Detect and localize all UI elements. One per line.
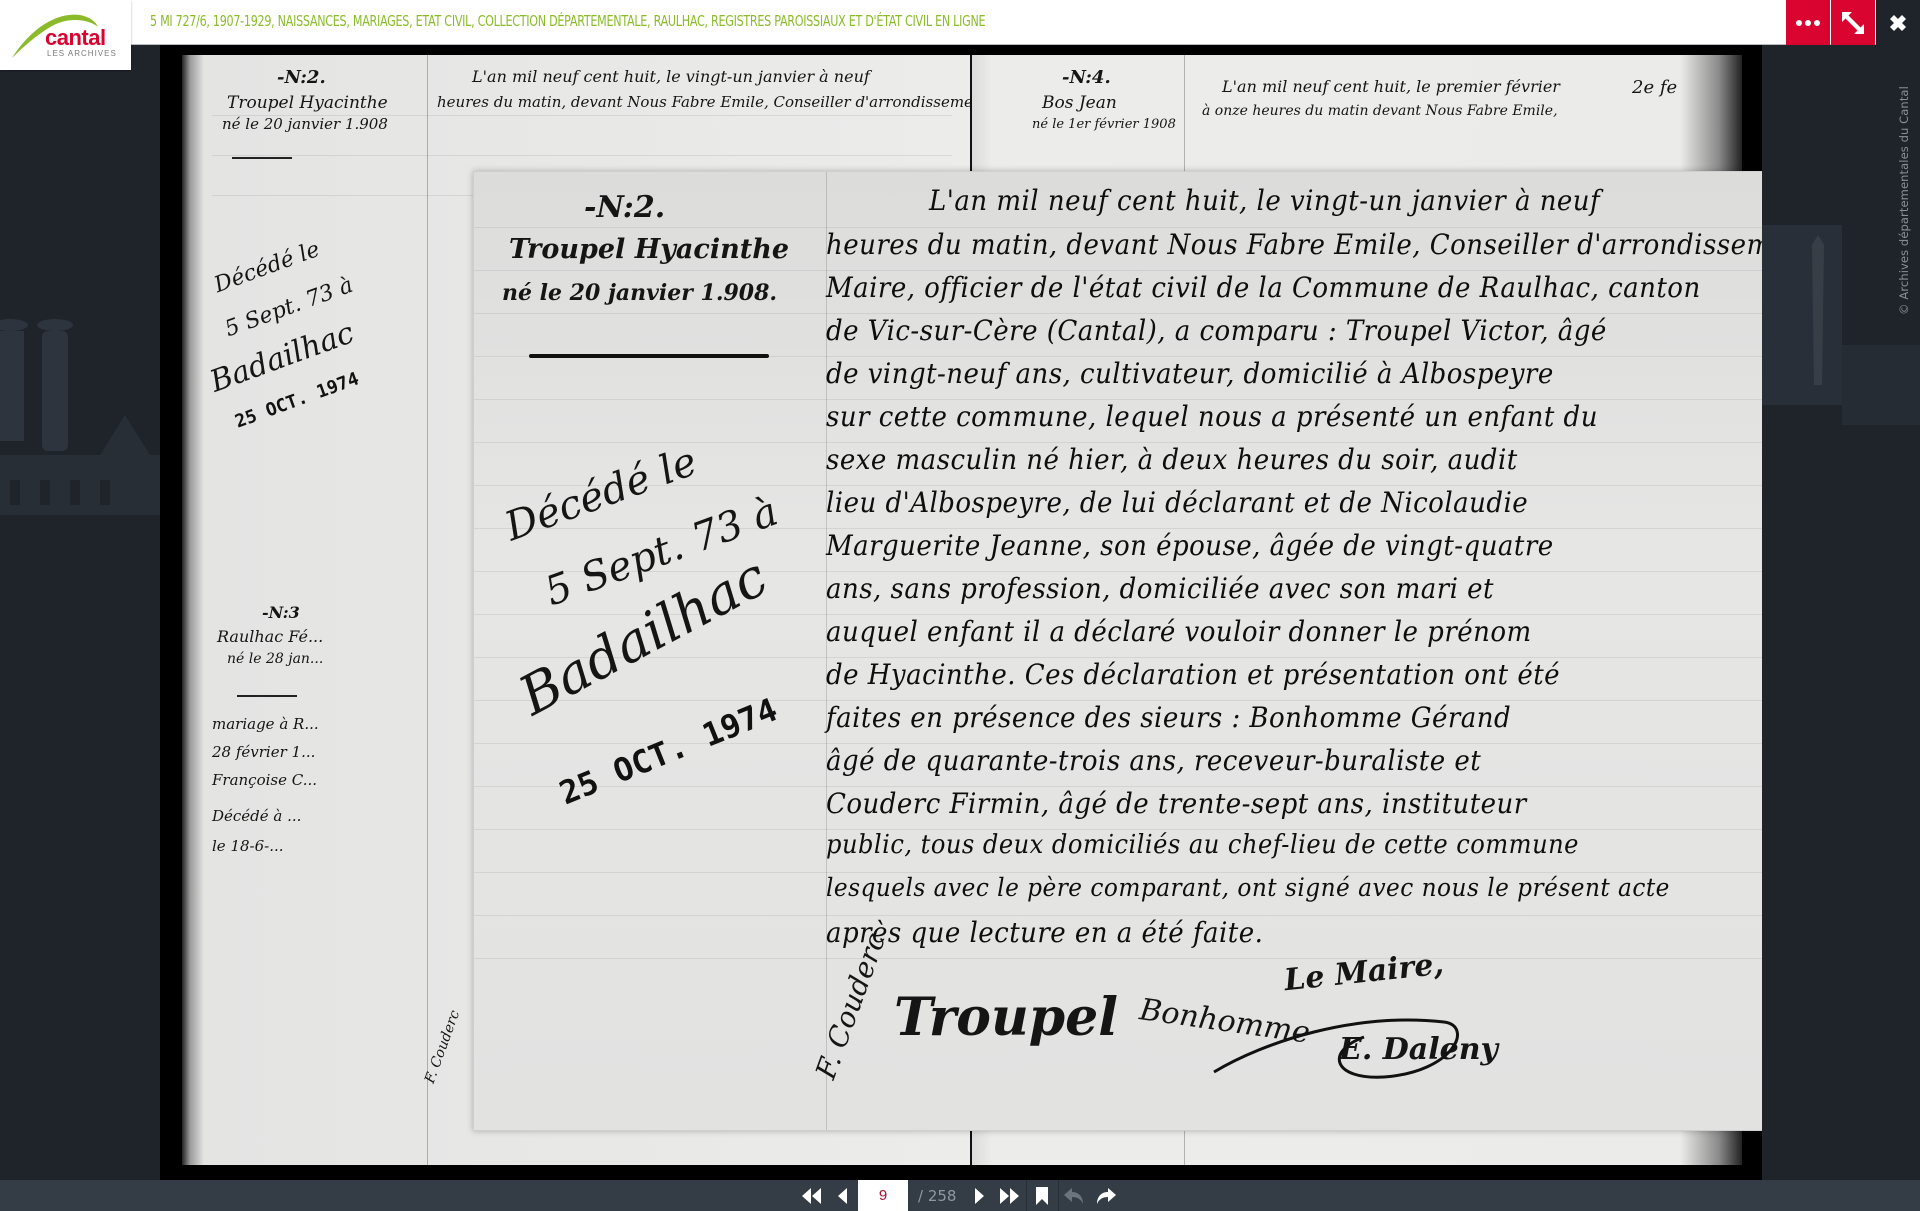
- magnified-text-line: Couderc Firmin, âgé de trente-sept ans, …: [826, 787, 1527, 820]
- left-entry2-note-3: Françoise C...: [212, 771, 317, 789]
- first-page-button[interactable]: [798, 1180, 824, 1211]
- magnified-entry-birth: né le 20 janvier 1.908.: [502, 280, 777, 306]
- magnified-text-line: de Vic-sur-Cère (Cantal), a comparu : Tr…: [826, 314, 1607, 347]
- left-entry2-note-4: Décédé à ...: [212, 807, 301, 825]
- left-entry2-name: Raulhac Fé...: [217, 627, 323, 646]
- magnified-text-line: de Hyacinthe. Ces déclaration et présent…: [826, 658, 1560, 691]
- right-entry-birth: né le 1er février 1908: [1032, 117, 1176, 132]
- magnified-text-line: L'an mil neuf cent huit, le vingt-un jan…: [929, 184, 1600, 217]
- undo-button[interactable]: [1062, 1180, 1086, 1211]
- magnified-text-line: ans, sans profession, domiciliée avec so…: [826, 572, 1494, 605]
- magnified-text-line: âgé de quarante-trois ans, receveur-bura…: [826, 744, 1481, 777]
- magnifier-lens[interactable]: -N:2. Troupel Hyacinthe né le 20 janvier…: [473, 171, 1762, 1131]
- redo-button[interactable]: [1094, 1180, 1118, 1211]
- magnified-text-line: après que lecture en a été faite.: [826, 916, 1263, 949]
- left-entry2-note-5: le 18-6-...: [212, 837, 284, 855]
- document-viewer-canvas[interactable]: -N:2. Troupel Hyacinthe né le 20 janvier…: [160, 45, 1762, 1180]
- right-entry-name: Bos Jean: [1042, 93, 1117, 113]
- cantal-archives-logo[interactable]: cantal LES ARCHIVES: [0, 0, 131, 70]
- magnified-entry-number: -N:2.: [584, 190, 665, 225]
- left-entry-name: Troupel Hyacinthe: [227, 93, 388, 113]
- magnified-signature-couderc: F. Couderc: [809, 928, 892, 1083]
- ellipsis-icon: [1796, 20, 1820, 26]
- logo-brand-text: cantal: [45, 27, 106, 49]
- fullscreen-button[interactable]: [1831, 0, 1875, 45]
- archive-viewer: 5 MI 727/6, 1907-1929, NAISSANCES, MARIA…: [0, 0, 1920, 1211]
- magnified-text-line: lesquels avec le père comparant, ont sig…: [826, 873, 1670, 902]
- left-entry-birth: né le 20 janvier 1.908: [222, 115, 388, 133]
- double-chevron-left-icon: [800, 1187, 822, 1205]
- magnified-signature-troupel: Troupel: [894, 987, 1118, 1048]
- magnified-text-line: de vingt-neuf ans, cultivateur, domicili…: [826, 357, 1554, 390]
- chevron-left-icon: [836, 1187, 848, 1205]
- close-icon: [1886, 11, 1910, 35]
- magnified-text-line: auquel enfant il a déclaré vouloir donne…: [826, 615, 1532, 648]
- magnified-entry-underline: [529, 354, 769, 358]
- chevron-right-icon: [974, 1187, 986, 1205]
- magnified-text-line: Marguerite Jeanne, son épouse, âgée de v…: [826, 529, 1554, 562]
- right-header-line-2: à onze heures du matin devant Nous Fabre…: [1202, 103, 1558, 119]
- left-entry-number: -N:2.: [277, 67, 326, 88]
- magnified-text-line: sexe masculin né hier, à deux heures du …: [826, 443, 1518, 476]
- left-signature-couderc: F. Couderc: [422, 1008, 463, 1085]
- double-chevron-right-icon: [999, 1187, 1021, 1205]
- redo-arrow-icon: [1095, 1187, 1117, 1205]
- left-header-line-1: L'an mil neuf cent huit, le vingt-un jan…: [472, 67, 870, 86]
- magnified-text-line: faites en présence des sieurs : Bonhomme…: [826, 701, 1511, 734]
- previous-page-button[interactable]: [832, 1180, 852, 1211]
- magnified-text-line: heures du matin, devant Nous Fabre Emile…: [826, 228, 1762, 261]
- left-entry2-note-2: 28 février 1...: [212, 743, 315, 761]
- page-total-label: / 258: [918, 1187, 956, 1205]
- bookmark-button[interactable]: [1032, 1180, 1052, 1211]
- undo-arrow-icon: [1063, 1187, 1085, 1205]
- magnified-le-maire-label: Le Maire,: [1283, 947, 1446, 999]
- left-entry2-birth: né le 28 jan...: [227, 651, 323, 667]
- bookmark-icon: [1036, 1187, 1048, 1205]
- header-bar: 5 MI 727/6, 1907-1929, NAISSANCES, MARIA…: [0, 0, 1920, 45]
- expand-arrows-icon: [1839, 9, 1867, 37]
- magnified-date-stamp: 25 OCT. 1974: [554, 690, 783, 812]
- left-entry2-note-1: mariage à R...: [212, 715, 319, 733]
- left-decoration-panel: [0, 45, 160, 1180]
- magnified-text-line: Maire, officier de l'état civil de la Co…: [826, 271, 1701, 304]
- right-entry-number: -N:4.: [1062, 67, 1111, 88]
- close-button[interactable]: [1876, 0, 1920, 45]
- copyright-notice: © Archives départementales du Cantal: [1897, 86, 1911, 315]
- historic-figures-illustration: [0, 305, 160, 605]
- page-number-input[interactable]: [858, 1180, 908, 1211]
- left-header-line-2: heures du matin, devant Nous Fabre Emile…: [437, 93, 993, 111]
- navigation-toolbar: / 258: [0, 1180, 1920, 1211]
- right-corner-note: 2e fe: [1632, 77, 1677, 98]
- right-header-line-1: L'an mil neuf cent huit, le premier févr…: [1222, 77, 1560, 96]
- magnified-text-line: lieu d'Albospeyre, de lui déclarant et d…: [826, 486, 1528, 519]
- document-title: 5 MI 727/6, 1907-1929, NAISSANCES, MARIA…: [150, 12, 985, 30]
- left-entry2-number: -N:3: [262, 603, 300, 622]
- last-page-button[interactable]: [997, 1180, 1023, 1211]
- magnified-entry-name: Troupel Hyacinthe: [509, 234, 789, 265]
- magnified-text-line: public, tous deux domiciliés au chef-lie…: [826, 830, 1579, 860]
- logo-subtitle: LES ARCHIVES: [47, 49, 117, 58]
- magnified-text-line: sur cette commune, lequel nous a présent…: [826, 400, 1598, 433]
- signature-flourish: [1204, 992, 1484, 1092]
- next-page-button[interactable]: [970, 1180, 990, 1211]
- more-options-button[interactable]: [1786, 0, 1830, 45]
